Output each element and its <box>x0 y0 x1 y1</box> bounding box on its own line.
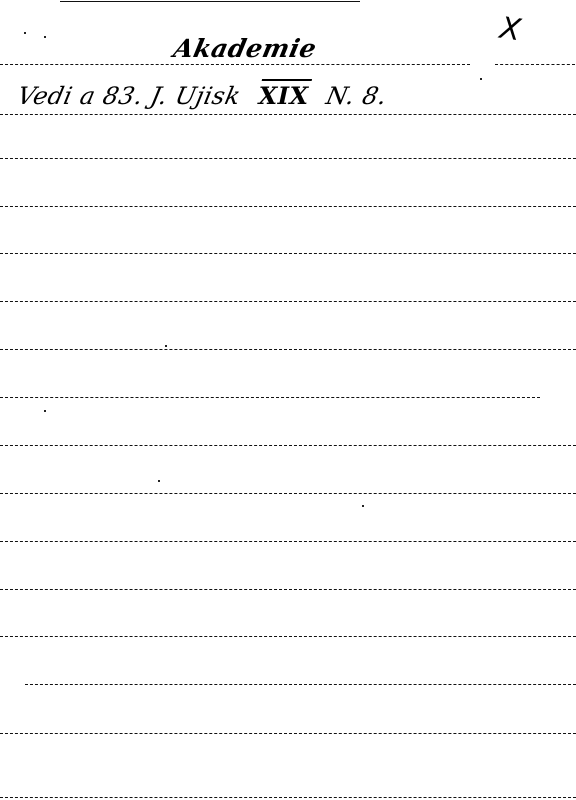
ruled-line <box>0 397 540 398</box>
ruled-line <box>0 589 576 590</box>
corner-mark: X <box>498 11 524 49</box>
ruled-line <box>0 114 576 115</box>
ruled-line <box>0 64 470 65</box>
reference-number: N. 8. <box>324 82 390 110</box>
scan-speck <box>44 36 46 38</box>
scan-speck <box>44 410 46 412</box>
ruled-line <box>0 493 576 494</box>
scan-speck <box>362 505 364 507</box>
ruled-line <box>0 349 576 350</box>
scan-speck <box>165 345 167 347</box>
ruled-line <box>495 64 575 65</box>
ruled-line <box>0 733 576 734</box>
scan-speck <box>480 78 482 80</box>
ruled-line <box>25 684 576 685</box>
scan-speck <box>158 480 160 482</box>
ruled-line <box>0 636 576 637</box>
reference-volume: XIX <box>252 81 316 110</box>
ruled-line <box>0 206 576 207</box>
ruled-line <box>0 797 576 798</box>
reference-line: Vedi a 83. J. Ujisk XIX N. 8. <box>15 81 390 110</box>
ruled-line <box>60 1 360 2</box>
ruled-line <box>0 541 576 542</box>
ruled-line <box>0 253 576 254</box>
reference-prefix: Vedi a 83. J. Ujisk <box>15 82 243 110</box>
ruled-line <box>0 445 576 446</box>
scan-speck <box>24 32 26 34</box>
index-card: Akademie Vedi a 83. J. Ujisk XIX N. 8. X <box>0 0 576 800</box>
ruled-line <box>0 301 576 302</box>
card-heading: Akademie <box>171 34 319 63</box>
ruled-line <box>0 158 576 159</box>
